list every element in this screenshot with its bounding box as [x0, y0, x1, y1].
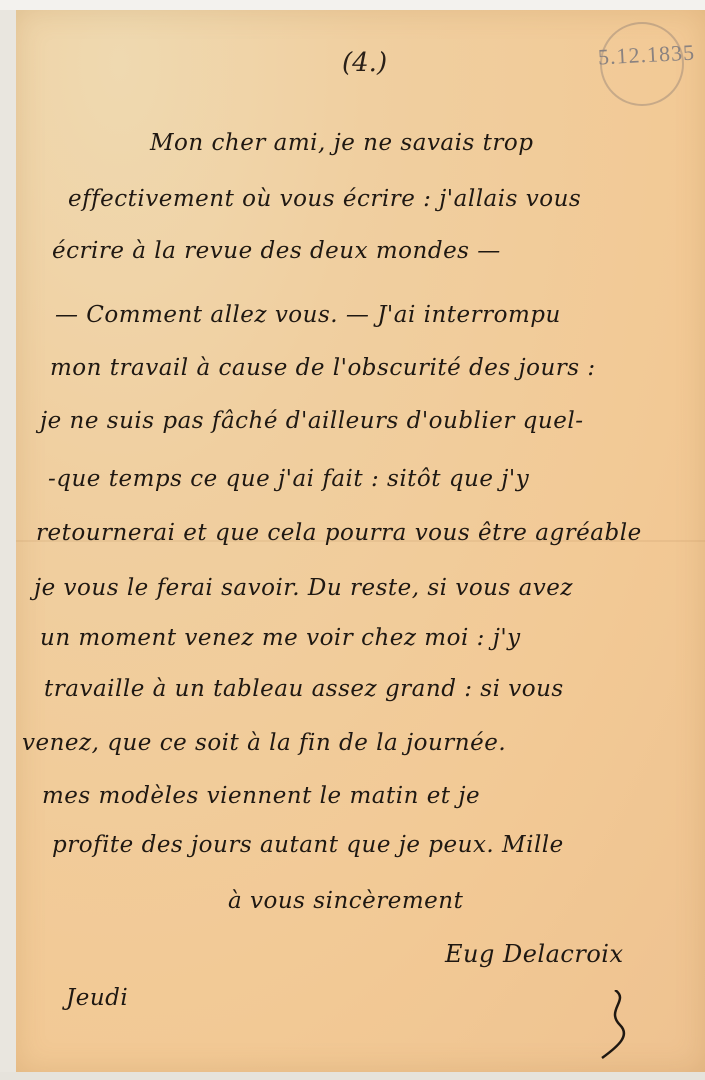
- signature: Eug Delacroix: [445, 940, 623, 968]
- scan-top-margin: [0, 0, 705, 10]
- letter-line-8: retournerai et que cela pourra vous être…: [36, 520, 642, 546]
- letter-line-12: venez, que ce soit à la fin de la journé…: [22, 730, 506, 756]
- signature-flourish: [600, 990, 640, 1060]
- letter-line-11: travaille à un tableau assez grand : si …: [44, 676, 564, 702]
- letter-line-7: -que temps ce que j'ai fait : sitôt que …: [48, 466, 529, 492]
- archive-date-stamp: 5.12.1835: [597, 39, 695, 70]
- letter-line-2: effectivement où vous écrire : j'allais …: [68, 186, 581, 212]
- letter-closing: à vous sincèrement: [228, 888, 463, 914]
- letter-line-6: je ne suis pas fâché d'ailleurs d'oublie…: [40, 408, 583, 434]
- letter-line-10: un moment venez me voir chez moi : j'y: [40, 625, 521, 651]
- scan-left-margin: [0, 10, 16, 1072]
- letter-line-5: mon travail à cause de l'obscurité des j…: [50, 355, 596, 381]
- letter-line-14: profite des jours autant que je peux. Mi…: [52, 832, 564, 858]
- folio-number: (4.): [342, 48, 387, 78]
- letter-line-4: — Comment allez vous. — J'ai interrompu: [55, 302, 561, 328]
- scan-bottom-margin: [0, 1072, 705, 1080]
- day-note: Jeudi: [66, 985, 128, 1011]
- letter-line-9: je vous le ferai savoir. Du reste, si vo…: [34, 575, 573, 601]
- letter-line-13: mes modèles viennent le matin et je: [42, 783, 480, 809]
- letter-line-3: écrire à la revue des deux mondes —: [52, 238, 501, 264]
- letter-line-1: Mon cher ami, je ne savais trop: [150, 130, 533, 156]
